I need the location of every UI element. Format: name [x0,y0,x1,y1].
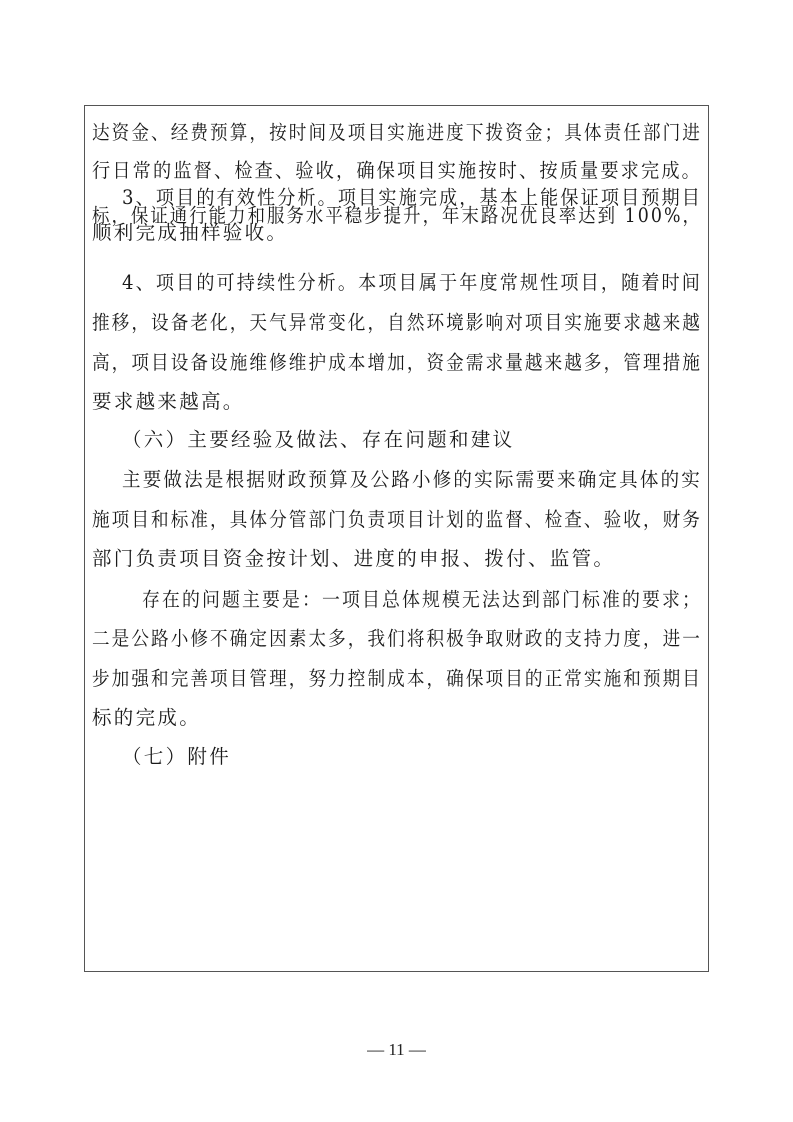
body-text-line: 部门负责项目资金按计划、进度的申报、拨付、监管。 [92,547,615,571]
body-text-line: 顺利完成抽样验收。 [92,221,288,245]
body-text-line: 行日常的监督、检查、验收，确保项目实施按时、按质量要求完成。 [92,159,702,183]
section-4-sustainability-heading-line: 4、项目的可持续性分析。本项目属于年度常规性项目，随着时间 [122,271,702,295]
body-text-line: 二是公路小修不确定因素太多，我们将积极争取财政的支持力度，进一 [92,627,702,651]
body-text-line: 高，项目设备设施维修维护成本增加，资金需求量越来越多，管理措施 [92,351,702,375]
body-text-line: 要求越来越高。 [92,390,245,414]
body-text-line: 推移，设备老化，天气异常变化，自然环境影响对项目实施要求越来越 [92,311,702,335]
body-text-line: 步加强和完善项目管理，努力控制成本，确保项目的正常实施和预期目 [92,667,702,691]
body-text-line: 存在的问题主要是：一项目总体规模无法达到部门标准的要求； [142,588,702,612]
section-6-heading: （六）主要经验及做法、存在问题和建议 [122,428,514,452]
body-text-line: 施项目和标准，具体分管部门负责项目计划的监督、检查、验收，财务 [92,508,702,532]
body-text-line: 达资金、经费预算，按时间及项目实施进度下拨资金；具体责任部门进 [92,121,702,145]
page-number: — 11 — [0,1040,793,1060]
body-text-line: 标的完成。 [92,706,201,730]
body-text-line: 主要做法是根据财政预算及公路小修的实际需要来确定具体的实 [122,468,702,492]
section-7-attachments-heading: （七）附件 [122,745,231,769]
